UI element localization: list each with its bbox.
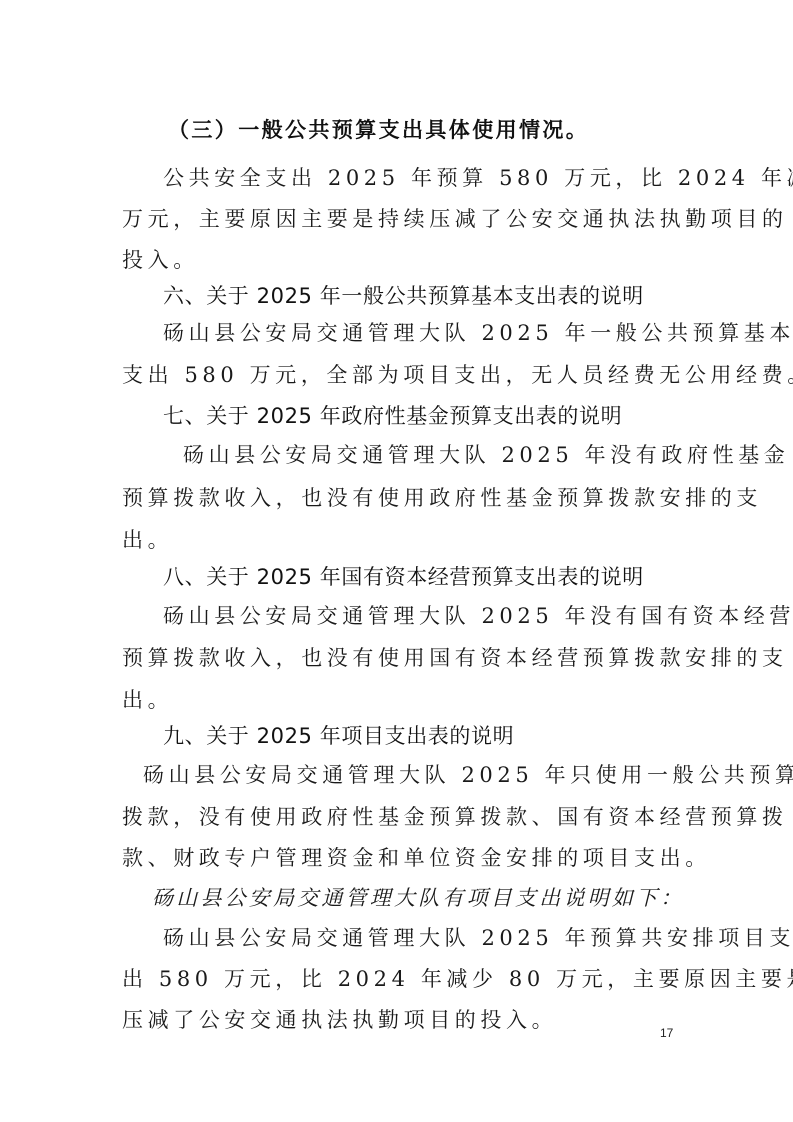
section-heading-government-fund: 七、关于 2025 年政府性基金预算支出表的说明 [163, 403, 622, 429]
paragraph-line: 砀山县公安局交通管理大队 2025 年一般公共预算基本 [163, 320, 793, 346]
paragraph-line: 出 580 万元，比 2024 年减少 80 万元，主要原因主要是持续 [122, 966, 793, 992]
section-heading-basic-expenditure: 六、关于 2025 年一般公共预算基本支出表的说明 [163, 283, 644, 309]
section-heading-project-expenditure: 九、关于 2025 年项目支出表的说明 [163, 723, 514, 749]
section-heading-general-budget-usage: （三）一般公共预算支出具体使用情况。 [168, 117, 589, 143]
page-number: 17 [660, 1026, 673, 1040]
paragraph-line: 压减了公安交通执法执勤项目的投入。 [122, 1007, 557, 1033]
paragraph-line: 砀山县公安局交通管理大队 2025 年预算共安排项目支 [163, 925, 793, 951]
document-page: （三）一般公共预算支出具体使用情况。 公共安全支出 2025 年预算 580 万… [0, 0, 793, 1122]
paragraph-line: 砀山县公安局交通管理大队 2025 年没有政府性基金 [183, 442, 789, 468]
paragraph-line: 公共安全支出 2025 年预算 580 万元，比 2024 年减少 80 [163, 165, 793, 191]
paragraph-line: 投入。 [122, 247, 199, 273]
paragraph-line: 预算拨款收入，也没有使用国有资本经营预算拨款安排的支 [122, 645, 788, 671]
paragraph-line: 砀山县公安局交通管理大队 2025 年只使用一般公共预算 [143, 762, 793, 788]
section-heading-state-capital: 八、关于 2025 年国有资本经营预算支出表的说明 [163, 564, 644, 590]
paragraph-line: 预算拨款收入，也没有使用政府性基金预算拨款安排的支 [122, 485, 762, 511]
paragraph-line: 支出 580 万元，全部为项目支出，无人员经费无公用经费。 [122, 362, 793, 388]
paragraph-line: 款、财政专户管理资金和单位资金安排的项目支出。 [122, 845, 711, 871]
project-expenditure-subheading: 砀山县公安局交通管理大队有项目支出说明如下： [152, 885, 684, 911]
paragraph-line: 出。 [122, 527, 173, 553]
paragraph-line: 砀山县公安局交通管理大队 2025 年没有国有资本经营 [163, 603, 793, 629]
paragraph-line: 万元，主要原因主要是持续压减了公安交通执法执勤项目的 [122, 206, 788, 232]
paragraph-line: 拨款，没有使用政府性基金预算拨款、国有资本经营预算拨 [122, 804, 788, 830]
paragraph-line: 出。 [122, 687, 173, 713]
